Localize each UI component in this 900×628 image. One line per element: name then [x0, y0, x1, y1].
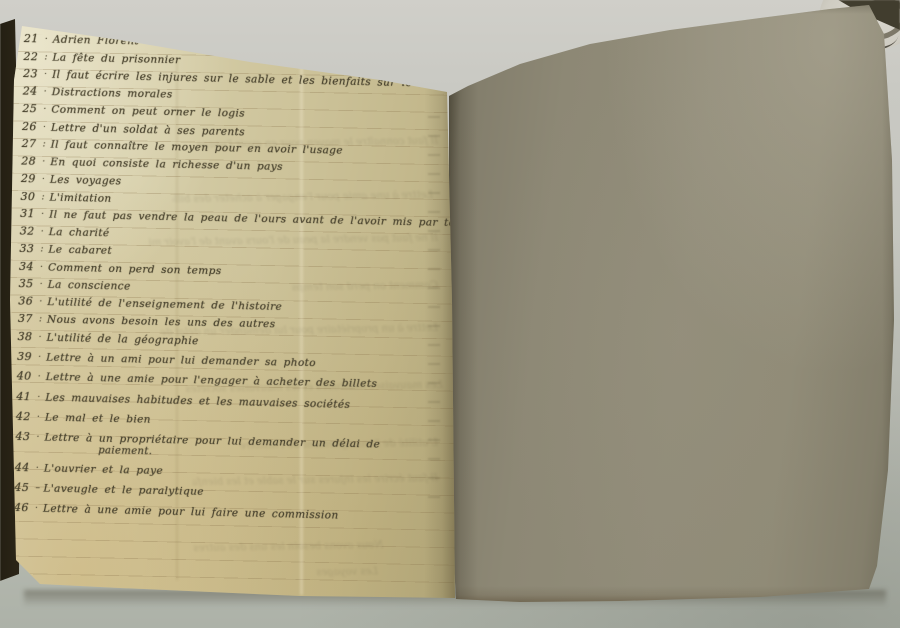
- blank-right-page: [448, 4, 898, 604]
- photo-open-notebook: Il faut connaître le moyen pour en avoir…: [0, 0, 900, 628]
- manuscript-left-page: Il faut connaître le moyen pour en avoir…: [8, 20, 456, 610]
- left-page-bottom-edge: [8, 20, 456, 610]
- right-page-bottom-edge: [448, 4, 898, 604]
